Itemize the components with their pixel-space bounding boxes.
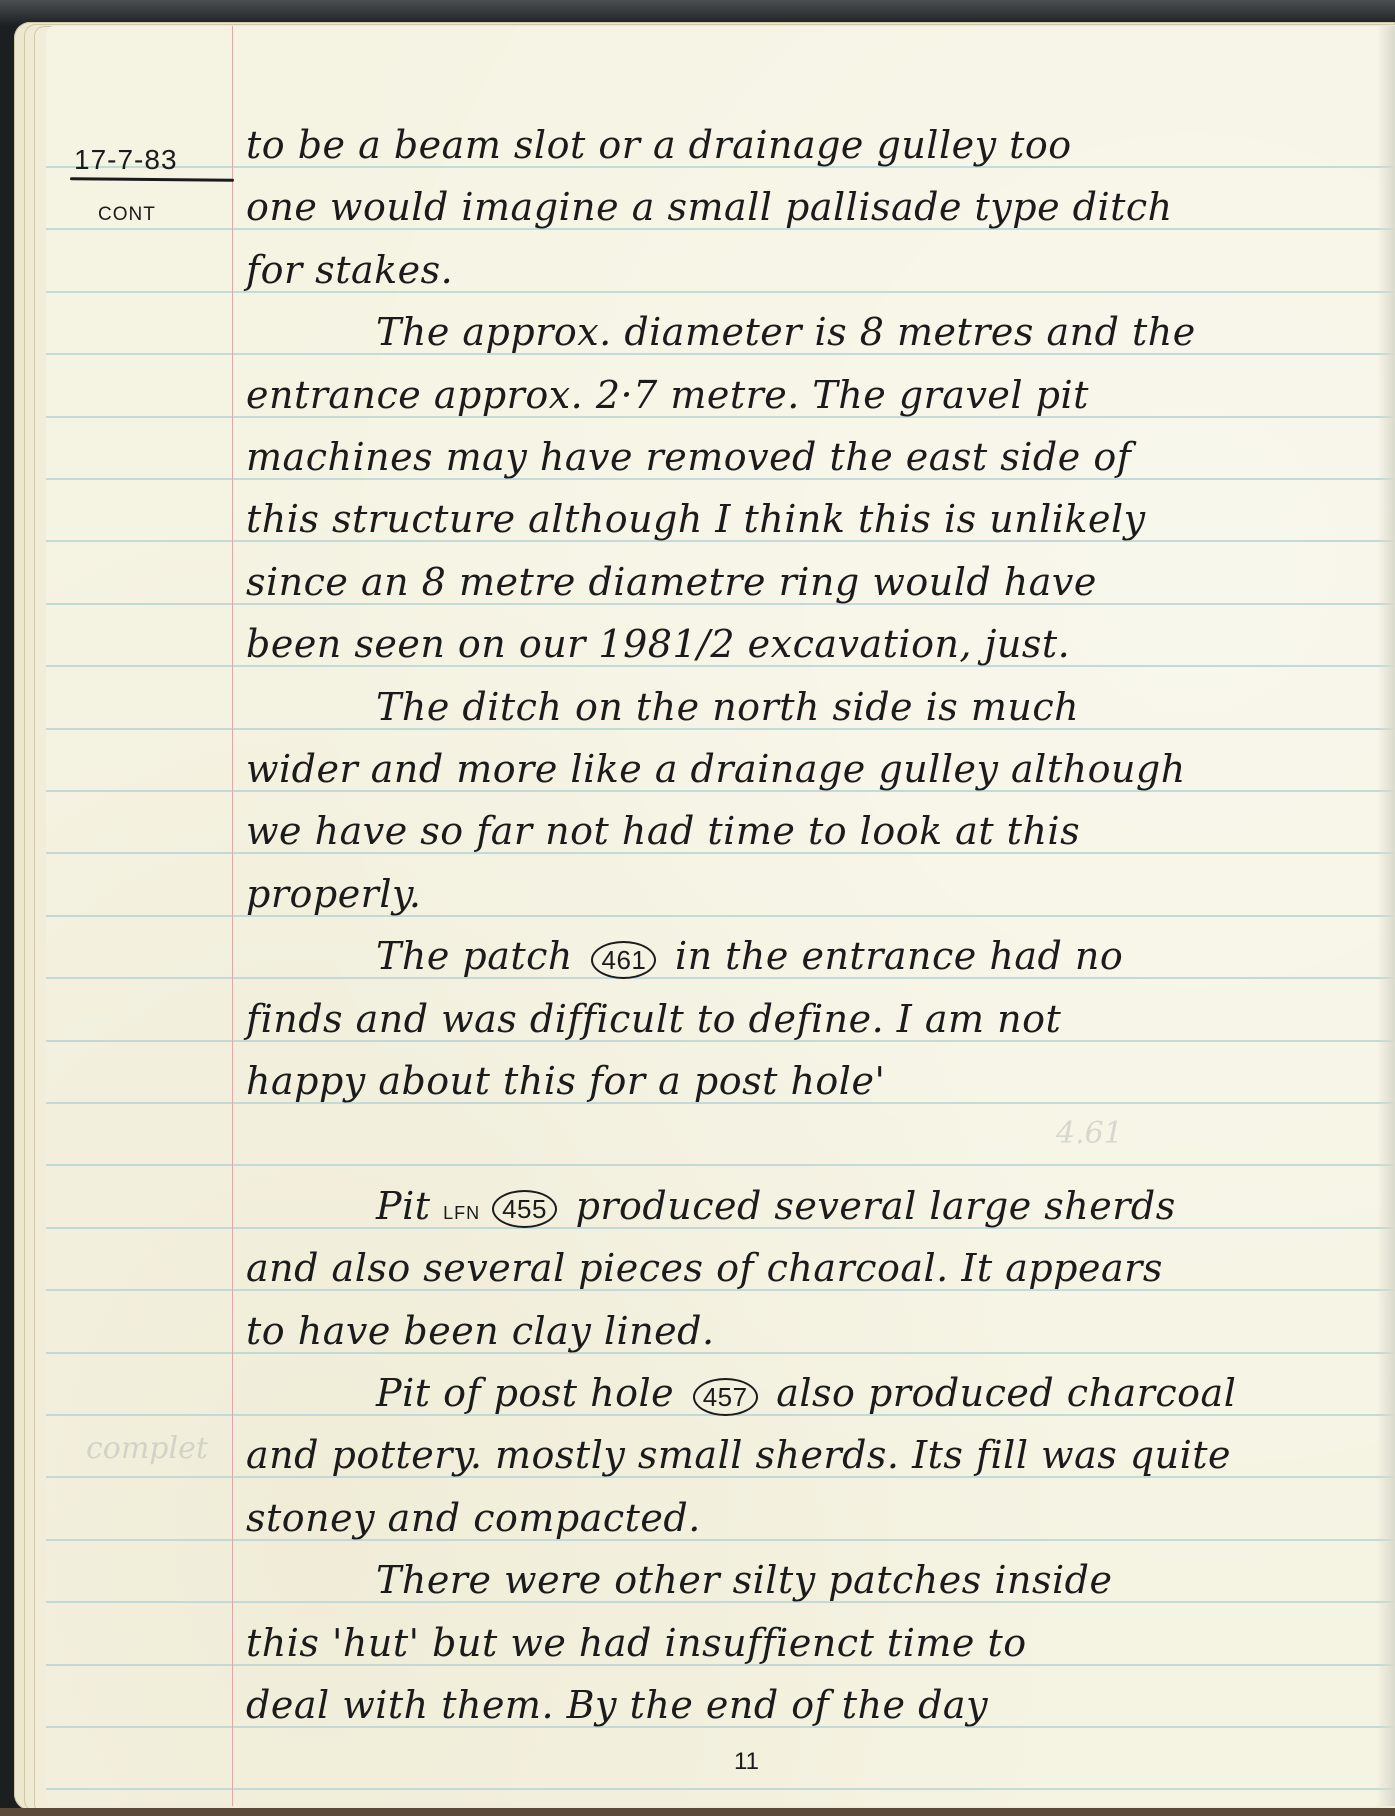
line-text: produced several large sherds	[563, 1184, 1176, 1228]
handwritten-line: since an 8 metre diametre ring would hav…	[246, 563, 1097, 601]
handwritten-line: Pit of post hole 457 also produced charc…	[376, 1374, 1236, 1416]
page-fold-shadow	[1377, 26, 1395, 1806]
handwritten-line: wider and more like a drainage gulley al…	[246, 750, 1186, 788]
ruled-line	[46, 1164, 1395, 1166]
handwritten-line: entrance approx. 2·7 metre. The gravel p…	[246, 376, 1089, 414]
line-text: Pit	[376, 1184, 443, 1228]
context-label: LFN	[443, 1203, 486, 1223]
entry-date: 17-7-83	[74, 144, 178, 176]
date-underline	[70, 177, 234, 181]
handwritten-line: to be a beam slot or a drainage gulley t…	[246, 126, 1072, 164]
continuation-label: CONT	[98, 204, 156, 226]
bleed-through-text: complet	[86, 1431, 208, 1466]
handwritten-line: one would imagine a small pallisade type…	[246, 188, 1173, 226]
handwritten-line: been seen on our 1981/2 excavation, just…	[246, 625, 1070, 663]
handwritten-line: and also several pieces of charcoal. It …	[246, 1249, 1163, 1287]
scanned-notebook: 4.61 complet 17-7-83 CONT to be a beam s…	[0, 0, 1395, 1816]
handwritten-line: The approx. diameter is 8 metres and the	[376, 313, 1196, 351]
handwritten-line: The patch 461 in the entrance had no	[376, 937, 1123, 979]
handwritten-line: to have been clay lined.	[246, 1312, 715, 1350]
handwritten-line: this structure although I think this is …	[246, 500, 1146, 538]
margin-line	[232, 26, 233, 1806]
line-text: in the entrance had no	[662, 934, 1123, 978]
handwritten-line: There were other silty patches inside	[376, 1561, 1112, 1599]
circled-context-number: 461	[591, 941, 656, 979]
handwritten-line: happy about this for a post hole'	[246, 1062, 885, 1100]
handwritten-line: this 'hut' but we had insuffienct time t…	[246, 1624, 1027, 1662]
line-text: also produced charcoal	[764, 1371, 1237, 1415]
handwritten-line: for stakes.	[246, 251, 453, 289]
handwritten-line: and pottery. mostly small sherds. Its fi…	[246, 1436, 1231, 1474]
handwritten-line: deal with them. By the end of the day	[246, 1686, 988, 1724]
line-text: The patch	[376, 934, 585, 978]
ruled-line	[46, 1788, 1395, 1790]
circled-context-number: 457	[693, 1378, 758, 1416]
handwritten-line: Pit LFN 455 produced several large sherd…	[376, 1187, 1176, 1229]
handwritten-line: we have so far not had time to look at t…	[246, 812, 1080, 850]
notebook-cover-edge	[0, 1808, 1395, 1816]
circled-context-number: 455	[492, 1190, 557, 1228]
page-number: 11	[734, 1748, 759, 1776]
handwritten-line: The ditch on the north side is much	[376, 688, 1079, 726]
handwritten-line: finds and was difficult to define. I am …	[246, 1000, 1061, 1038]
handwritten-line: properly.	[246, 875, 422, 913]
handwritten-line: machines may have removed the east side …	[246, 438, 1131, 476]
handwritten-line: stoney and compacted.	[246, 1499, 701, 1537]
line-text: Pit of post hole	[376, 1371, 687, 1415]
notebook-page: 4.61 complet 17-7-83 CONT to be a beam s…	[46, 26, 1395, 1806]
bleed-through-text: 4.61	[1056, 1116, 1123, 1151]
